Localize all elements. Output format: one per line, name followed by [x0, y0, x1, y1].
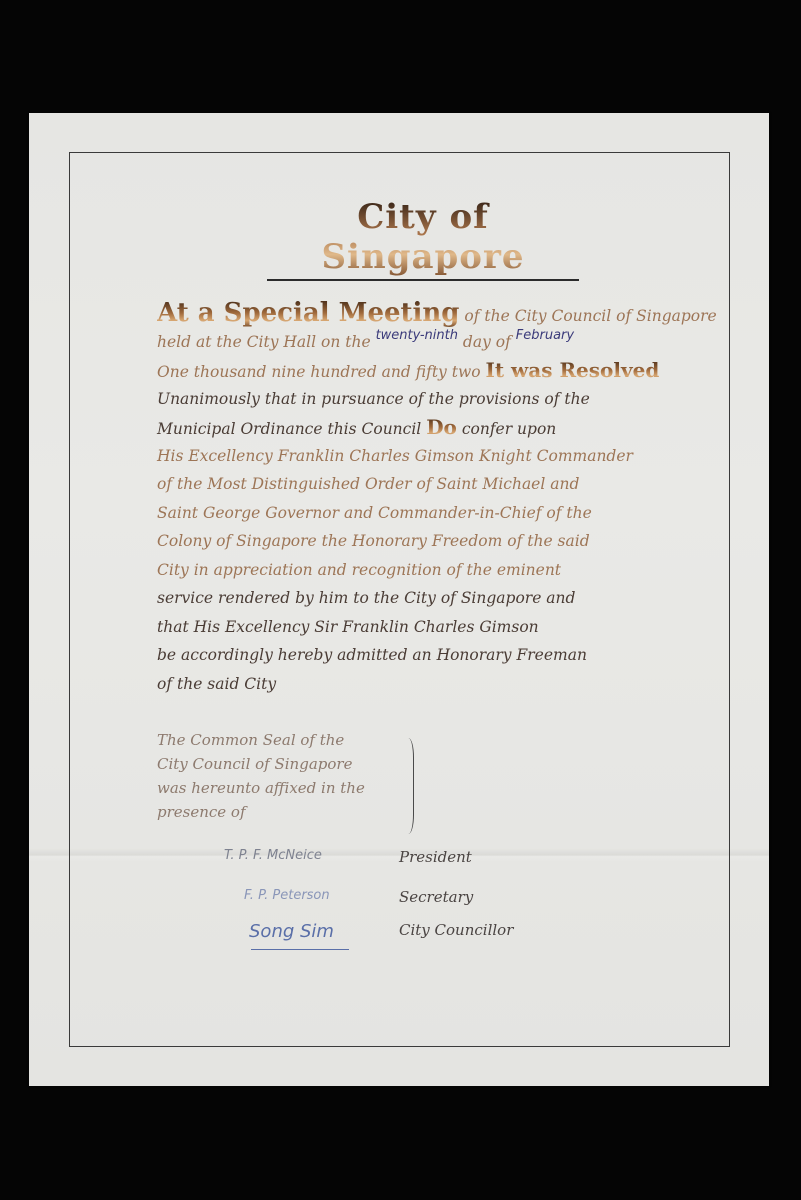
resolution-line: Unanimously that in pursuance of the pro… — [157, 385, 743, 414]
script-text: held at the City Hall on the — [157, 333, 376, 351]
document-title: City of Singapore — [267, 197, 579, 281]
script-text: City in appreciation and recognition of … — [157, 561, 561, 579]
handwritten-date-day: twenty-ninth — [376, 328, 458, 343]
gothic-heading: Do — [426, 415, 457, 439]
resolution-line: One thousand nine hundred and fifty two … — [157, 356, 743, 385]
resolution-line: of the Most Distinguished Order of Saint… — [157, 470, 743, 499]
resolution-line: Saint George Governor and Commander-in-C… — [157, 499, 743, 528]
seal-line: City Council of Singapore — [157, 752, 387, 776]
script-text: of the said City — [157, 675, 276, 693]
script-text: of the Most Distinguished Order of Saint… — [157, 475, 579, 493]
resolution-line: that His Excellency Sir Franklin Charles… — [157, 613, 743, 642]
script-text: Unanimously that in pursuance of the pro… — [157, 390, 590, 408]
signature: Song Sim — [249, 921, 379, 942]
gothic-heading: At a Special Meeting — [157, 298, 460, 328]
resolution-line: of the said City — [157, 670, 743, 699]
script-text: that His Excellency Sir Franklin Charles… — [157, 618, 539, 636]
handwritten-date-month: February — [516, 328, 574, 343]
resolution-line: held at the City Hall on the twenty-nint… — [157, 328, 743, 357]
signature: T. P. F. McNeice — [224, 848, 354, 863]
resolution-line: At a Special Meeting of the City Council… — [157, 299, 743, 328]
script-text: of the City Council of Singapore — [460, 307, 717, 325]
script-text: One thousand nine hundred and fifty two — [157, 363, 485, 381]
script-text: His Excellency Franklin Charles Gimson K… — [157, 447, 633, 465]
resolution-text: At a Special Meeting of the City Council… — [157, 299, 743, 698]
script-text: Colony of Singapore the Honorary Freedom… — [157, 532, 590, 550]
signatory-role: President — [399, 848, 472, 866]
resolution-line: be accordingly hereby admitted an Honora… — [157, 641, 743, 670]
resolution-line: service rendered by him to the City of S… — [157, 584, 743, 613]
certificate-paper: City of Singapore At a Special Meeting o… — [29, 113, 769, 1086]
seal-line: was hereunto affixed in the — [157, 776, 387, 800]
script-text: confer upon — [457, 420, 556, 438]
script-text: Municipal Ordinance this Council — [157, 420, 426, 438]
signatory-city-councillor: Song Sim City Councillor — [224, 921, 584, 951]
resolution-line: City in appreciation and recognition of … — [157, 556, 743, 585]
seal-line: The Common Seal of the — [157, 728, 387, 752]
script-text: day of — [458, 333, 516, 351]
seal-clause: The Common Seal of the City Council of S… — [157, 728, 387, 824]
signatory-role: Secretary — [399, 888, 473, 906]
signature: F. P. Peterson — [244, 888, 374, 903]
resolution-line: Colony of Singapore the Honorary Freedom… — [157, 527, 743, 556]
script-text: be accordingly hereby admitted an Honora… — [157, 646, 587, 664]
signatory-role: City Councillor — [399, 921, 513, 939]
gothic-heading: It was Resolved — [485, 358, 659, 382]
brace-mark — [403, 738, 414, 834]
script-text: Saint George Governor and Commander-in-C… — [157, 504, 592, 522]
signatory-president: T. P. F. McNeice President — [224, 848, 584, 878]
signature-underline — [251, 949, 349, 950]
resolution-line: His Excellency Franklin Charles Gimson K… — [157, 442, 743, 471]
resolution-line: Municipal Ordinance this Council Do conf… — [157, 413, 743, 442]
signatory-secretary: F. P. Peterson Secretary — [224, 888, 584, 918]
script-text: service rendered by him to the City of S… — [157, 589, 575, 607]
seal-line: presence of — [157, 800, 387, 824]
